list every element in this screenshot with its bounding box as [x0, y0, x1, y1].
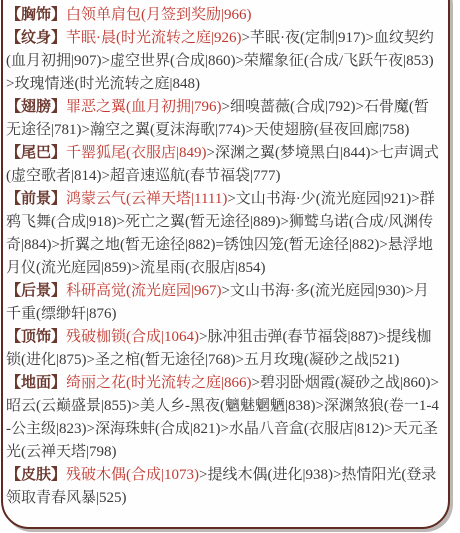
category-row-headwear: 【顶饰】残破枷锁(合成|1064)>脉冲狙击弹(春节福袋|887)>提线枷锁(进… — [6, 326, 442, 372]
category-header: 【纹身】 — [6, 30, 66, 46]
top-item: 罪恶之翼(血月初拥|796) — [66, 99, 222, 115]
category-header: 【胸饰】 — [6, 7, 66, 23]
bordered-panel: 【胸饰】白领单肩包(月签到奖励|966) 【纹身】芊眠·晨(时光流转之庭|926… — [1, 0, 450, 529]
category-row-foreground: 【前景】鸿蒙云气(云禅天塔|1111)>文山书海·少(流光庭园|921)>群鸦飞… — [6, 188, 442, 280]
category-header: 【前景】 — [6, 191, 66, 207]
top-item: 鸿蒙云气(云禅天塔|1111) — [66, 191, 227, 207]
category-header: 【后景】 — [6, 283, 66, 299]
category-header: 【地面】 — [6, 375, 66, 391]
category-row-tattoo: 【纹身】芊眠·晨(时光流转之庭|926)>芊眠·夜(定制|917)>血纹契约(血… — [6, 27, 442, 96]
ranking-list: 【胸饰】白领单肩包(月签到奖励|966) 【纹身】芊眠·晨(时光流转之庭|926… — [6, 4, 442, 510]
top-item: 芊眠·晨(时光流转之庭|926) — [66, 30, 242, 46]
top-item: 残破枷锁(合成|1064) — [66, 329, 199, 345]
category-row-chest: 【胸饰】白领单肩包(月签到奖励|966) — [6, 4, 442, 27]
top-item: 白领单肩包(月签到奖励|966) — [66, 7, 252, 23]
category-header: 【皮肤】 — [6, 467, 66, 483]
top-item: 绮丽之花(时光流转之庭|866) — [66, 375, 252, 391]
top-item: 千罂狐尾(衣服店|849) — [66, 145, 207, 161]
top-item: 残破木偶(合成|1073) — [66, 467, 199, 483]
category-header: 【顶饰】 — [6, 329, 66, 345]
category-row-wings: 【翅膀】罪恶之翼(血月初拥|796)>细嗅蔷薇(合成|792)>石骨魔(暂无途径… — [6, 96, 442, 142]
category-row-skin: 【皮肤】残破木偶(合成|1073)>提线木偶(进化|938)>热情阳光(登录领取… — [6, 464, 442, 510]
category-header: 【翅膀】 — [6, 99, 66, 115]
category-header: 【尾巴】 — [6, 145, 66, 161]
category-row-ground: 【地面】绮丽之花(时光流转之庭|866)>碧羽卧烟霞(凝砂之战|860)>昭云(… — [6, 372, 442, 464]
category-row-background: 【后景】科研高觉(流光庭园|967)>文山书海·多(流光庭园|930)>月千重(… — [6, 280, 442, 326]
category-row-tail: 【尾巴】千罂狐尾(衣服店|849)>深渊之翼(梦境黑白|844)>七声调式(虚空… — [6, 142, 442, 188]
top-item: 科研高觉(流光庭园|967) — [66, 283, 222, 299]
